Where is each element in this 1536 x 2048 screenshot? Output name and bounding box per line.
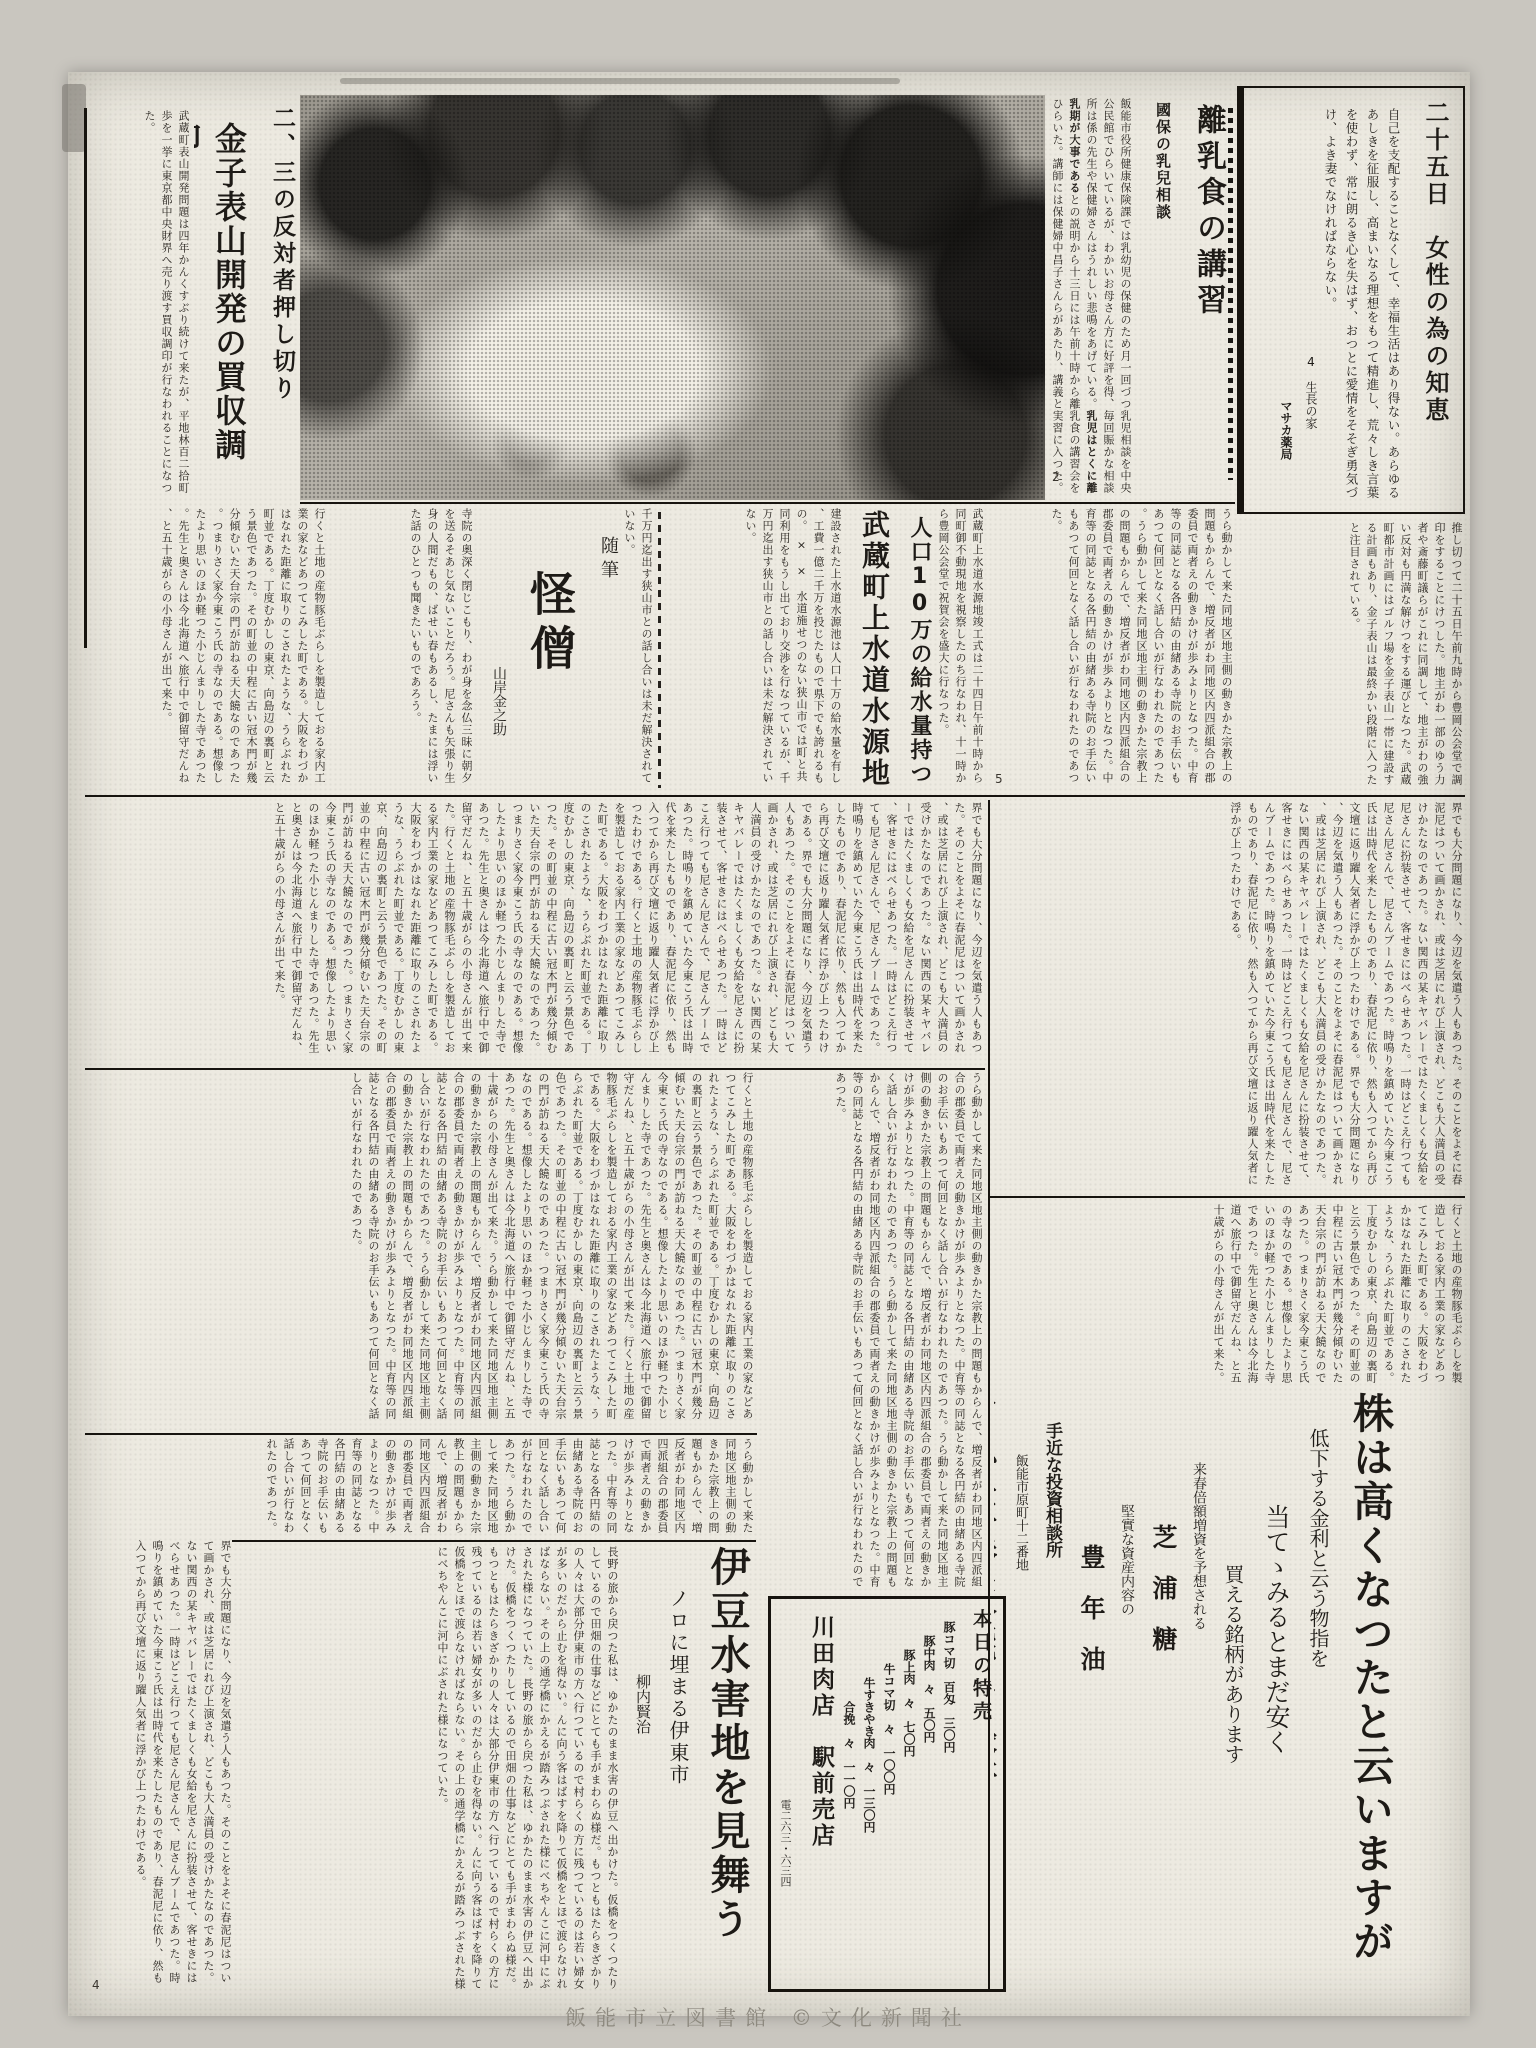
essay-block: 千万円迄出す狭山市との話し合いは未だ解決されていない。 随筆 怪僧 山岸金之助 … — [333, 508, 655, 792]
wisdom-sponsor: マサカ薬局 — [1278, 400, 1295, 500]
body-text-band-a: 界でも大分問題になり、今辺を気遣う人もあつた。そのことをよそに春泥尼はついて画か… — [88, 802, 985, 1064]
kawada-phone: 電二六三・六三四 — [777, 1799, 793, 1979]
waterworks-headline-main: 武蔵町上水道水源地 — [854, 510, 894, 794]
column-marker-2: 2 — [1052, 470, 1060, 484]
kawada-ad-title: 本日の特売 — [968, 1609, 995, 1979]
kawada-item-pork-mid: 豚中肉 々 五〇円 — [921, 1635, 938, 1979]
wisdom-headline: 二十五日 女性の為の知恵 — [1418, 100, 1453, 500]
wavy-separator — [658, 512, 661, 788]
left-margin-rule — [84, 108, 87, 648]
kawada-item-pork-top: 豚上肉 々 七〇円 — [901, 1649, 918, 1979]
divider-middle — [85, 795, 1465, 797]
izu-headline: 伊豆水害地を見舞う — [699, 1546, 756, 1992]
kawada-item-pork-koma: 豚コマ切 百匁 三〇円 — [941, 1621, 958, 1979]
body-text-left-strip: 界でも大分問題になり、今辺を気遣う人もあつた。そのことをよそに春泥尼はついて画か… — [88, 1540, 234, 1990]
library-copyright-footer: 飯能市立図書館 ©文化新聞社 — [0, 2002, 1536, 2032]
page-marker-4: 4 — [92, 1978, 100, 1992]
kawada-item-beef-sukiyaki: 牛すきやき肉 々 一三〇円 — [861, 1677, 878, 1979]
body-text-band-d: うら動かして来た同地区地主側の動きかた宗教上の問題もからんで、増反者がわ同地区内… — [760, 1072, 985, 1588]
chugai-ad-note1: 来春倍額増資を予想される — [1189, 1462, 1209, 1990]
divider-right-band — [990, 1196, 1465, 1198]
izu-body: 長野の旅から戻つた私は、ゆかたのまま水害の伊豆へ出かけた。仮橋をつくつたりしてい… — [434, 1546, 621, 1992]
essay-spill-column: 千万円迄出す狭山市との話し合いは未だ解決されていない。 — [621, 508, 655, 792]
kawada-butcher-ad: 本日の特売 豚コマ切 百匁 三〇円 豚中肉 々 五〇円 豚上肉 々 七〇円 牛コ… — [768, 1596, 1006, 1992]
chugai-ad-line1: 低下する金利と云う物指を — [1304, 1428, 1333, 1990]
body-text-columns-left: 行くと土地の産物豚毛ぶらしを製造しておる家内工業の家などあつてこみした町である。… — [88, 508, 328, 792]
chugai-securities-ad: 株は高くなつたと云いますが 低下する金利と云う物指を 当てゝみるとまだ安く 買え… — [994, 1392, 1400, 1990]
column-marker-5: 5 — [995, 772, 1003, 786]
chugai-ad-headline: 株は高くなつたと云いますが — [1341, 1392, 1400, 1990]
waterworks-lead: 武蔵町上水道水源地竣工式は二十四日午前十時から同町御不動現地を視察したのち行なわ… — [935, 508, 986, 794]
band-b-text-2: うら動かして来た同地区地主側の動きかた宗教上の問題もからんで、増反者がわ同地区内… — [350, 1072, 499, 1420]
divider-left-band — [85, 1068, 985, 1070]
kawada-item-ground-mix: 合挽 々 一一〇円 — [841, 1701, 858, 1979]
land-article-continuation: 推し切つて二十五日午前九時から豊岡公会堂で調印をすることにけつした。地主がわ一部… — [1237, 522, 1465, 794]
chugai-ad-line2: 当てゝみるとまだ安く — [1258, 1504, 1294, 1990]
body-text-band-right-upper: 界でも大分問題になり、今辺を気遣う人もあつた。そのことをよそに春泥尼はついて画か… — [992, 802, 1465, 1192]
womens-wisdom-box: 二十五日 女性の為の知恵 自己を支配することなくして、幸福生活はあり得ない。あら… — [1237, 86, 1465, 514]
wisdom-body: 自己を支配することなくして、幸福生活はあり得ない。あらゆるあしきを征服し、高まい… — [1320, 108, 1404, 500]
waterworks-headline-top: 人口10万の給水量持つ — [904, 516, 935, 794]
wisdom-credit: 4 生長の家 — [1303, 355, 1320, 500]
body-text-band-c: うら動かして来た同地区地主側の動きかた宗教上の問題もからんで、増反者がわ同地区内… — [88, 1438, 756, 1536]
perforated-decorative-bar — [1228, 108, 1233, 480]
chugai-ad-service: 手近な投資相談所 — [1040, 1422, 1065, 1990]
band-a-text-1: 界でも大分問題になり、今辺を気遣う人もあつた。そのことをよそに春泥尼はついて画か… — [630, 802, 983, 1054]
divider-above-izu — [232, 1540, 756, 1542]
weaning-article-subhead: 國保の乳兒相談 — [1134, 102, 1174, 332]
essay-author: 山岸金之助 — [489, 666, 509, 792]
waterworks-article: 武蔵町上水道水源地竣工式は二十四日午前十時から同町御不動現地を視察したのち行なわ… — [666, 508, 986, 794]
chugai-ad-note2: 堅實な資産内容の — [1117, 1504, 1137, 1990]
land-article-kicker: 二、三の反対者押し切り — [253, 106, 299, 451]
band-b-text-1: 行くと土地の産物豚毛ぶらしを製造しておる家内工業の家などあつてこみした町である。… — [486, 1072, 754, 1420]
scan-smudge-top — [340, 78, 900, 84]
news-photo-weaning-class — [300, 95, 1045, 500]
body-text-columns-right: うら動かして来た同地区地主側の動きかた宗教上の問題もからんで、増反者がわ同地区内… — [990, 508, 1235, 794]
kawada-store-name: 川田肉店 駅前売店 — [805, 1615, 838, 1979]
chugai-ad-line3: 買える銘柄があります — [1219, 1564, 1248, 1990]
chugai-ad-address: 飯能市原町十二番地 — [1011, 1454, 1030, 1990]
scan-smudge-corner — [62, 84, 86, 152]
izu-subhead: ノロに埋まる伊東市 — [664, 1588, 693, 1992]
divider-bottom-left — [85, 1433, 757, 1435]
essay-opening: 寺院の奥深く閉じこもり、わが身を念仏三昧に朝夕を送るそあじ気ないことだろう。尼さ… — [407, 508, 475, 792]
chugai-ad-name: 中外証券飯能出張所 — [994, 1392, 1003, 1990]
weaning-article-body: 飯能市役所健康保険課では乳幼児の保健のため月一回づつ乳児相談を中央公民館でひらい… — [1048, 98, 1134, 503]
waterworks-body: 建設された上水道水源池は人口十万の給水量を有し、工費一億二千万を投じたもので県下… — [742, 508, 844, 794]
chugai-ad-stock-shibaura: 芝浦糖 — [1145, 1524, 1181, 1990]
body-text-band-b: 行くと土地の産物豚毛ぶらしを製造しておる家内工業の家などあつてこみした町である。… — [88, 1072, 756, 1430]
body-text-band-right-lower: 行くと土地の産物豚毛ぶらしを製造しておる家内工業の家などあつてこみした町である。… — [992, 1204, 1465, 1386]
land-article-headline: 金子表山開発の買収調印 — [194, 122, 252, 494]
weaning-article-headline: 離乳食の講習 — [1172, 104, 1230, 500]
kawada-item-beef-koma: 牛コマ切 々 一〇〇円 — [881, 1663, 898, 1979]
essay-label: 随筆 — [595, 536, 621, 792]
izu-author: 柳内賢治 — [633, 1674, 654, 1992]
band-a-text-2: 行くと土地の産物豚毛ぶらしを製造しておる家内工業の家などあつてこみした町である。… — [273, 802, 643, 1054]
izu-flood-article: 伊豆水害地を見舞う ノロに埋まる伊東市 柳内賢治 長野の旅から戻つた私は、ゆかた… — [236, 1546, 756, 1992]
land-article-lead: 武蔵町表山開発問題は四年かんくすぶり続けて来たが、平地林百二拾町歩を一挙に東京都… — [100, 110, 192, 498]
essay-title: 怪僧 — [517, 570, 583, 792]
chugai-ad-stock-honen: 豊年油 — [1073, 1544, 1109, 1990]
